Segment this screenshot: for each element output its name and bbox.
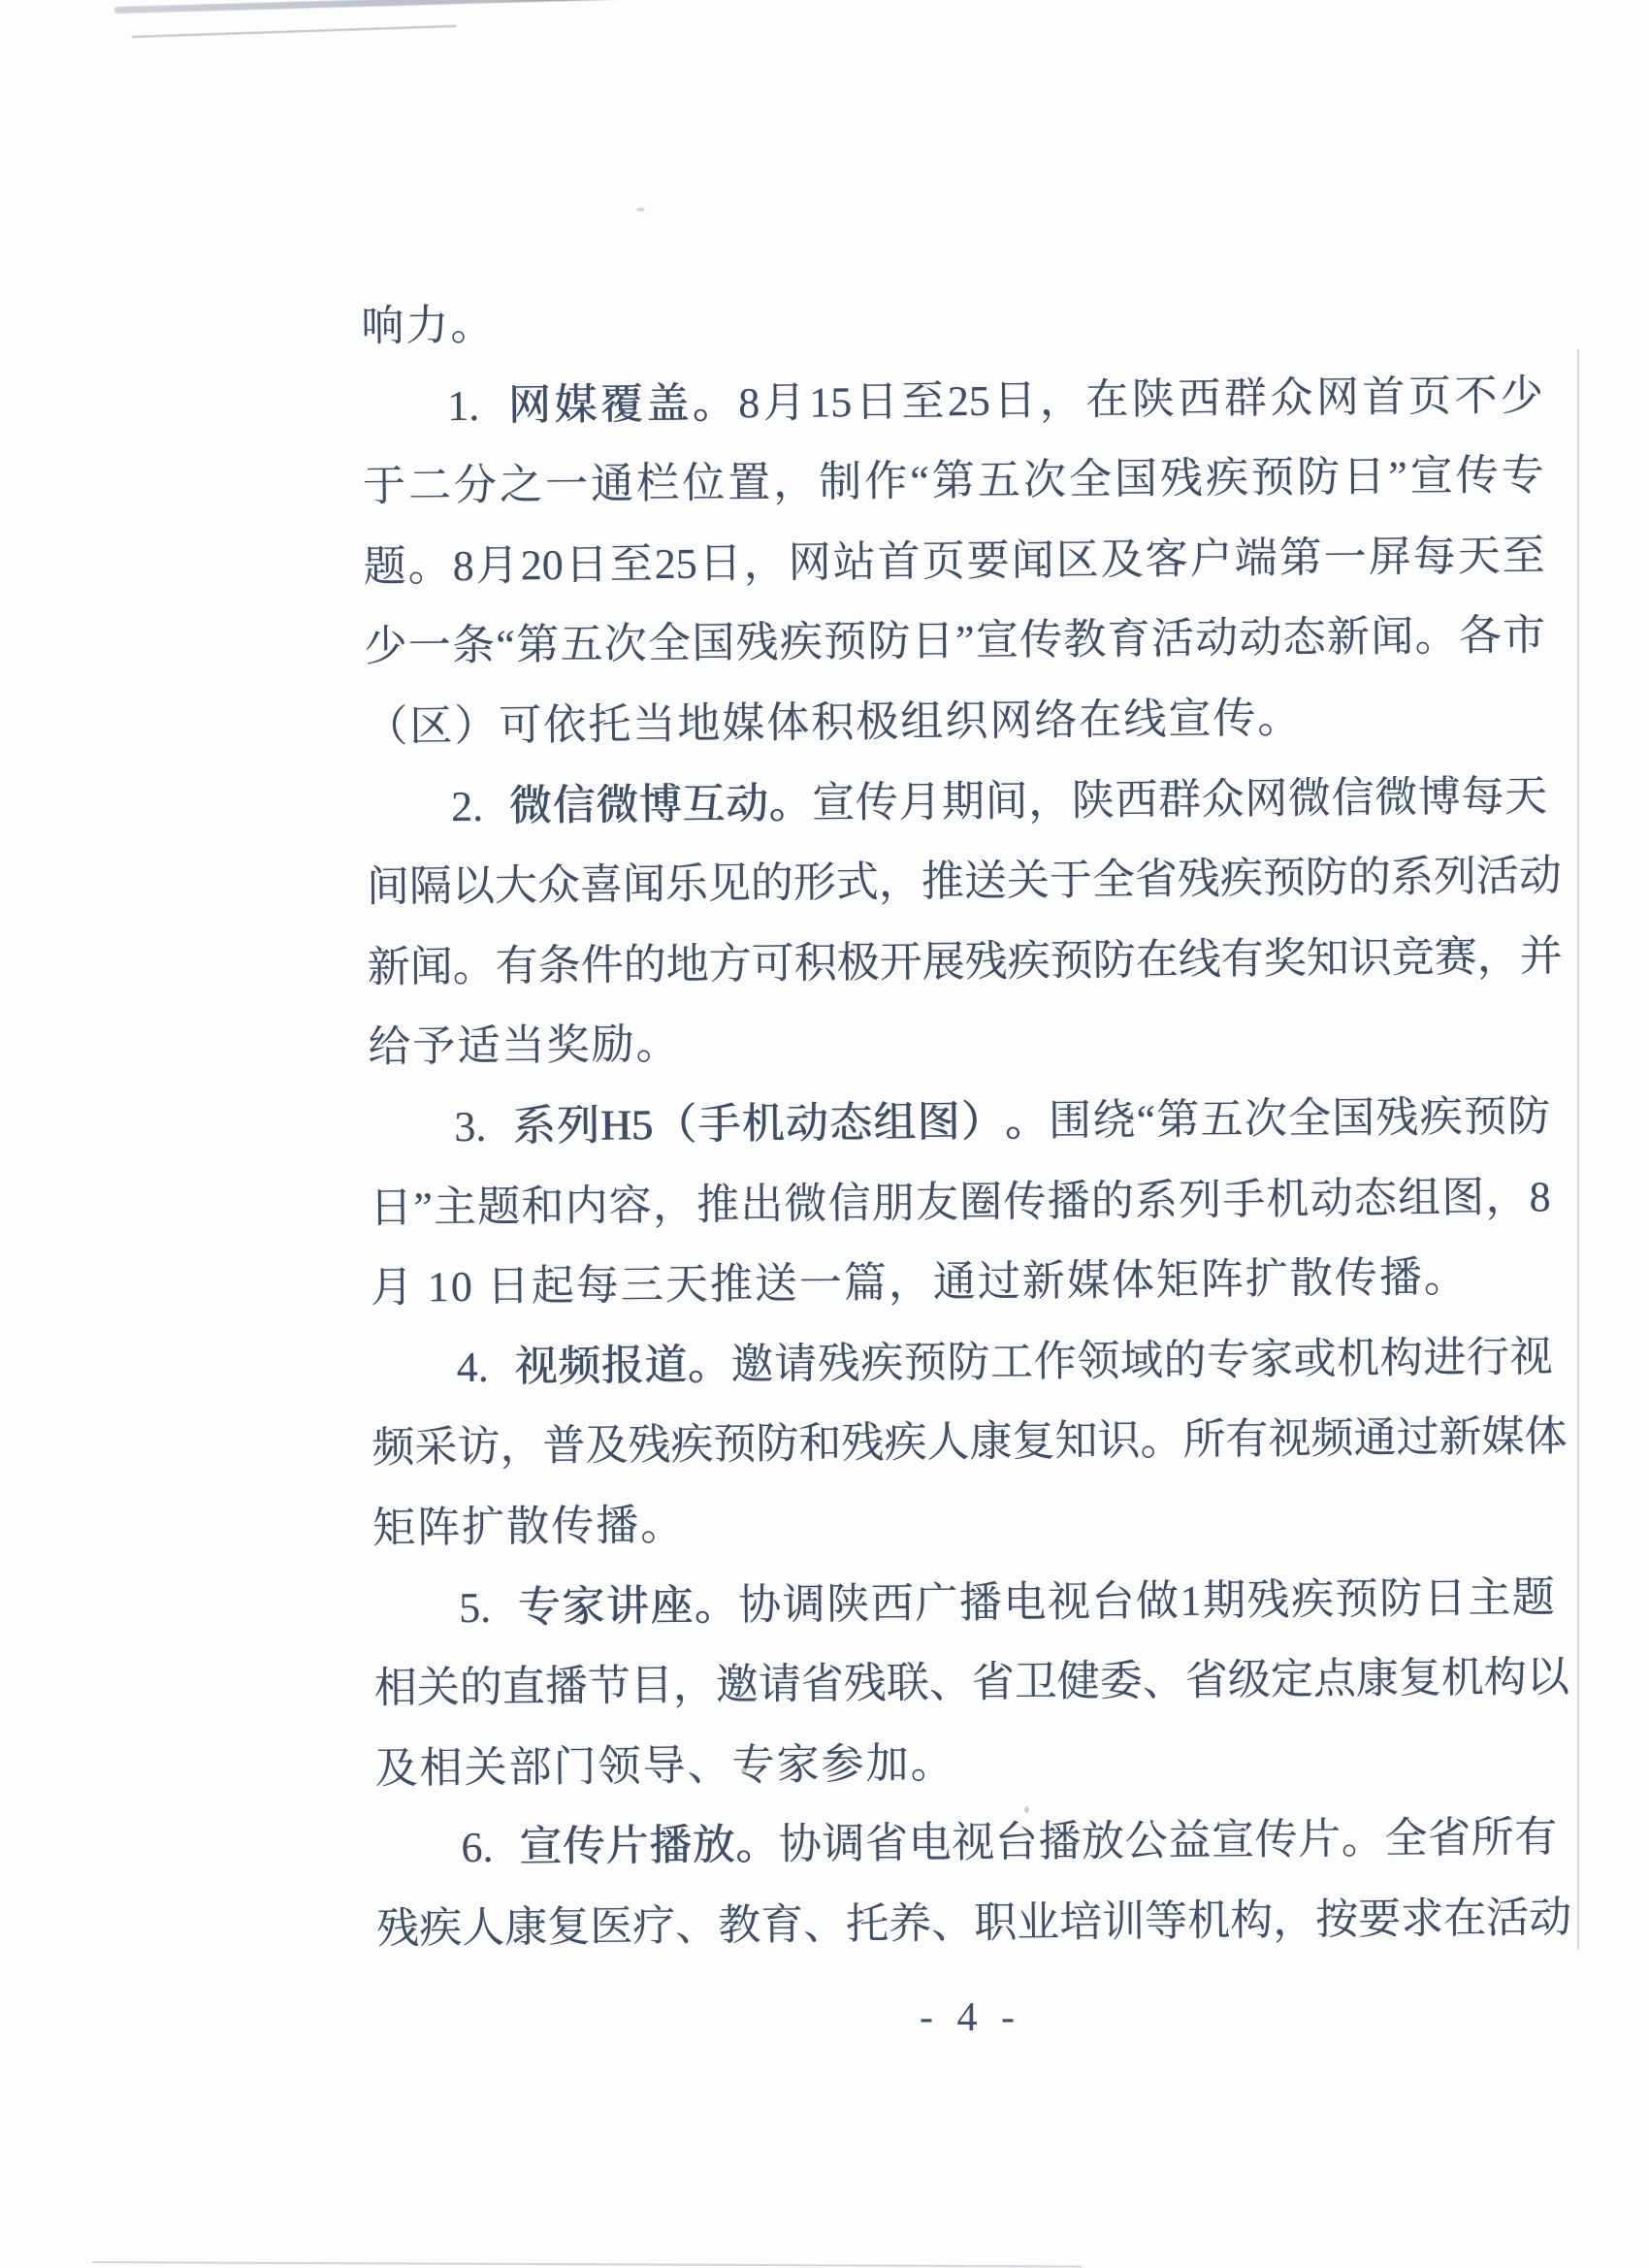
char-token: 传 bbox=[1019, 600, 1063, 681]
char-token: 频 bbox=[558, 1326, 601, 1407]
char-token: 请 bbox=[758, 1645, 801, 1726]
char-token: 微 bbox=[784, 1164, 827, 1245]
char-token: 点 bbox=[1312, 1639, 1356, 1720]
char-token: 媒 bbox=[1481, 1398, 1525, 1478]
char-token: 台 bbox=[995, 1803, 1039, 1884]
char-token: 竞 bbox=[1391, 918, 1435, 998]
char-token: 系 bbox=[1135, 1160, 1179, 1241]
char-token: 出 bbox=[740, 1164, 784, 1245]
char-token: 省 bbox=[971, 1643, 1015, 1724]
char-token: 预 bbox=[1263, 839, 1307, 920]
char-token: 3. bbox=[454, 1087, 487, 1168]
char-token: 省 bbox=[1135, 840, 1179, 921]
char-token: 一 bbox=[407, 607, 451, 688]
char-token: 少 bbox=[364, 607, 407, 688]
char-token: 手 bbox=[1222, 1160, 1266, 1241]
char-token: 疾 bbox=[1419, 1078, 1463, 1158]
char-token: 日 bbox=[1342, 437, 1386, 518]
char-token: ， bbox=[1485, 1157, 1529, 1238]
char-token: ， bbox=[1476, 917, 1520, 997]
char-token: 疗 bbox=[632, 1887, 676, 1967]
char-token: 网 bbox=[788, 523, 831, 603]
char-token: 态 bbox=[829, 1084, 873, 1164]
char-token: 机 bbox=[1266, 1159, 1309, 1240]
char-token: （ bbox=[654, 1085, 697, 1166]
text-line: 少一条“第五次全国残疾预防日”宣传教育活动动态新闻。各市 bbox=[364, 597, 1546, 688]
char-token: 知 bbox=[1306, 919, 1349, 999]
char-token: 陕 bbox=[1071, 761, 1115, 841]
char-token: 机 bbox=[1187, 1881, 1231, 1961]
char-token: 残 bbox=[841, 1404, 885, 1484]
char-token: 在 bbox=[1443, 1879, 1487, 1960]
char-token: 二 bbox=[408, 446, 452, 527]
char-token: 构 bbox=[1379, 1318, 1423, 1399]
char-token: 列 bbox=[1433, 837, 1476, 918]
char-token: 播 bbox=[544, 1647, 588, 1728]
char-token: 5. bbox=[459, 1568, 492, 1648]
char-token: 国 bbox=[1115, 439, 1158, 520]
char-token: 协 bbox=[778, 1805, 822, 1886]
char-token: 残 bbox=[964, 922, 1008, 1002]
char-token: 见 bbox=[708, 844, 752, 924]
char-token: 构 bbox=[1483, 1638, 1527, 1719]
char-token: 推 bbox=[696, 1165, 740, 1246]
char-token: 页 bbox=[921, 522, 965, 602]
char-token: ， bbox=[653, 1165, 696, 1246]
char-token: 省 bbox=[1428, 1798, 1471, 1879]
char-token: 区 bbox=[1055, 520, 1099, 600]
char-token: 活 bbox=[1475, 837, 1519, 918]
char-token: 视 bbox=[1509, 1317, 1553, 1398]
char-token: 预 bbox=[1251, 438, 1295, 519]
char-token: 动 bbox=[1529, 1878, 1572, 1959]
char-token: 知 bbox=[1054, 1402, 1098, 1482]
char-token: 普 bbox=[542, 1407, 586, 1487]
char-token: 预 bbox=[824, 602, 867, 683]
char-token: 防 bbox=[1092, 921, 1136, 1001]
char-token: 目 bbox=[630, 1646, 673, 1727]
char-token: 、 bbox=[803, 1885, 847, 1965]
char-token: 信 bbox=[1331, 759, 1374, 839]
char-token: 间 bbox=[367, 848, 410, 928]
char-token: 第 bbox=[1278, 518, 1322, 599]
char-token: 博 bbox=[1417, 758, 1461, 838]
scan-streak-artifact bbox=[114, 0, 960, 14]
char-token: 展 bbox=[921, 923, 965, 1003]
scan-speckle bbox=[636, 208, 645, 211]
char-token: 绕 bbox=[1092, 1081, 1136, 1161]
char-token: 托 bbox=[846, 1885, 889, 1965]
char-token: 有 bbox=[495, 926, 538, 1007]
char-token: 等 bbox=[1145, 1882, 1188, 1962]
text-line: 2.微信微博互动。宣传月期间，陕西群众网微信微博每天 bbox=[366, 757, 1548, 848]
char-token: 宣 bbox=[812, 763, 856, 844]
char-token: 的 bbox=[1090, 1161, 1134, 1242]
char-token: 活 bbox=[1486, 1878, 1530, 1959]
char-token: 题 bbox=[477, 1167, 521, 1247]
char-token: 宣 bbox=[1212, 1801, 1255, 1882]
char-token: 宣 bbox=[519, 1807, 563, 1888]
char-token: 。 bbox=[735, 1805, 779, 1886]
char-token: 关 bbox=[1007, 841, 1051, 922]
char-token: 全 bbox=[1069, 440, 1113, 521]
char-token: 通 bbox=[591, 445, 634, 526]
char-token: 新 bbox=[367, 927, 410, 1008]
char-token: 疾 bbox=[1220, 839, 1264, 920]
scan-edge-line-right bbox=[1577, 349, 1579, 1950]
char-token: 的 bbox=[623, 925, 666, 1006]
char-token: 日 bbox=[855, 362, 898, 442]
char-token: 首 bbox=[877, 522, 921, 602]
char-token: 视 bbox=[1268, 1400, 1311, 1480]
char-token: “ bbox=[910, 442, 929, 523]
char-token: 日 bbox=[370, 1168, 413, 1248]
char-token: 邀 bbox=[715, 1645, 759, 1726]
char-token: 和 bbox=[798, 1405, 842, 1485]
char-token: 开 bbox=[879, 923, 922, 1003]
char-token: 及 bbox=[585, 1407, 629, 1487]
char-token: “ bbox=[496, 606, 515, 687]
char-token: 机 bbox=[1440, 1638, 1484, 1719]
char-token: 主 bbox=[434, 1167, 477, 1247]
char-token: 的 bbox=[459, 1648, 502, 1729]
char-token: 西 bbox=[870, 1564, 914, 1644]
char-token: 。 bbox=[407, 527, 451, 607]
char-token: 新 bbox=[1439, 1398, 1482, 1478]
char-token: 不 bbox=[1454, 356, 1498, 437]
text-line: 5.专家讲座。协调陕西广播电视台做1期残疾预防日主题 bbox=[373, 1558, 1556, 1649]
char-token: 条 bbox=[452, 606, 496, 687]
char-token: 广 bbox=[915, 1564, 958, 1644]
text-line: 月 10 日起每三天推送一篇，通过新媒体矩阵扩散传播。 bbox=[371, 1237, 1553, 1328]
char-token: 微 bbox=[508, 766, 552, 847]
char-token: 有 bbox=[1225, 1400, 1269, 1480]
char-token: 列 bbox=[556, 1086, 599, 1167]
char-token: 放 bbox=[1082, 1802, 1125, 1883]
char-token: 讲 bbox=[605, 1567, 649, 1647]
text-line: 间隔以大众喜闻乐见的形式，推送关于全省残疾预防的系列活动 bbox=[367, 836, 1549, 927]
char-token: 识 bbox=[1348, 919, 1392, 999]
char-token: 第 bbox=[1156, 1081, 1200, 1161]
char-token: 月 bbox=[898, 762, 942, 843]
char-token: 站 bbox=[832, 523, 876, 603]
char-token: 题 bbox=[1511, 1558, 1555, 1638]
char-token: ） bbox=[960, 1083, 1004, 1163]
char-token: 五 bbox=[560, 605, 603, 686]
char-token: 行 bbox=[1467, 1317, 1510, 1398]
char-token: 位 bbox=[682, 444, 726, 525]
char-token: 在 bbox=[1085, 360, 1129, 440]
char-token: 组 bbox=[873, 1083, 917, 1163]
char-token: 预 bbox=[1335, 1559, 1378, 1639]
char-token: ” bbox=[955, 601, 975, 682]
char-token: 赛 bbox=[1434, 918, 1477, 998]
char-token: 。 bbox=[452, 926, 496, 1007]
char-token: 播 bbox=[959, 1563, 1003, 1643]
char-token: 陕 bbox=[1131, 360, 1175, 440]
char-token: 健 bbox=[1056, 1642, 1100, 1723]
char-token: 直 bbox=[501, 1647, 545, 1728]
char-token: 传 bbox=[1003, 1162, 1047, 1243]
char-token: 日 bbox=[993, 361, 1037, 441]
char-token: 图 bbox=[1441, 1157, 1485, 1238]
char-token: 预 bbox=[713, 1405, 757, 1485]
char-token: 每 bbox=[1461, 757, 1504, 837]
char-token: 20 bbox=[520, 526, 564, 606]
text-line: 频采访，普及残疾预防和残疾人康复知识。所有视频通过新媒体 bbox=[372, 1398, 1554, 1489]
char-token: 疾 bbox=[779, 603, 823, 684]
char-token: 防 bbox=[1379, 1559, 1423, 1639]
char-token: 育 bbox=[760, 1886, 804, 1966]
char-token: 医 bbox=[590, 1887, 633, 1967]
char-token: 一 bbox=[1323, 518, 1367, 599]
char-token: 乐 bbox=[665, 845, 709, 925]
char-token: 残 bbox=[843, 1644, 887, 1725]
char-token: 片 bbox=[1298, 1800, 1342, 1881]
char-token: 1. bbox=[447, 366, 480, 446]
char-token: 博 bbox=[638, 764, 682, 845]
char-token: 五 bbox=[1200, 1080, 1244, 1160]
char-token: 月 bbox=[475, 526, 519, 606]
char-token: 卫 bbox=[1014, 1642, 1057, 1723]
document-body: 响力。1.网媒覆盖。8月15日至25日，在陕西群众网首页不少于二分之一通栏位置，… bbox=[361, 275, 1559, 1969]
char-token: 工 bbox=[990, 1322, 1034, 1403]
char-token: 系 bbox=[512, 1086, 556, 1167]
char-token: 台 bbox=[1091, 1562, 1135, 1642]
char-token: 8 bbox=[452, 527, 474, 607]
char-token: 并 bbox=[1519, 917, 1563, 997]
char-token: 预 bbox=[904, 1323, 948, 1404]
char-token: 协 bbox=[738, 1565, 782, 1645]
text-line: 新闻。有条件的地方可积极开展残疾预防在线有奖知识竞赛，并 bbox=[367, 917, 1549, 1008]
char-token: 线 bbox=[1178, 920, 1221, 1000]
char-token: 所 bbox=[1182, 1401, 1226, 1481]
char-token: 微 bbox=[1288, 759, 1332, 839]
char-token: 。 bbox=[1140, 1401, 1183, 1481]
char-token: 期 bbox=[942, 761, 986, 842]
char-token: 传 bbox=[1455, 437, 1499, 517]
char-token: 列 bbox=[1179, 1160, 1222, 1241]
text-line: 给予适当奖励。 bbox=[368, 997, 1550, 1088]
char-token: 关 bbox=[416, 1648, 460, 1729]
char-token: 专 bbox=[1207, 1320, 1250, 1401]
text-line: 4.视频报道。邀请残疾预防工作领域的专家或机构进行视 bbox=[371, 1317, 1553, 1409]
text-line: 响力。 bbox=[361, 275, 1543, 367]
char-token: 宣 bbox=[975, 601, 1018, 682]
char-token: 邀 bbox=[730, 1325, 774, 1406]
char-token: 次 bbox=[1244, 1080, 1287, 1160]
char-token: 调 bbox=[782, 1565, 825, 1645]
char-token: ， bbox=[743, 524, 787, 604]
char-token: 及 bbox=[1100, 520, 1144, 600]
char-token: 25 bbox=[654, 524, 697, 604]
char-token: 通 bbox=[1353, 1399, 1397, 1479]
char-token: 电 bbox=[1003, 1563, 1047, 1643]
char-token: 于 bbox=[363, 447, 406, 528]
char-token: 领 bbox=[1077, 1321, 1120, 1402]
char-token: 体 bbox=[1524, 1397, 1568, 1477]
char-token: 天 bbox=[1504, 757, 1548, 837]
char-token: 传 bbox=[855, 762, 898, 843]
char-token: 传 bbox=[1254, 1800, 1298, 1881]
char-token: 请 bbox=[774, 1324, 818, 1405]
char-token: 容 bbox=[608, 1166, 652, 1247]
char-token: 形 bbox=[793, 843, 837, 923]
char-token: 天 bbox=[1457, 517, 1501, 598]
char-token: 疾 bbox=[419, 1889, 463, 1969]
char-token: 15 bbox=[809, 363, 853, 443]
char-token: 片 bbox=[605, 1807, 649, 1888]
char-token: 、 bbox=[1142, 1641, 1185, 1722]
char-token: 有 bbox=[1220, 920, 1264, 1000]
char-token: 益 bbox=[1168, 1801, 1212, 1882]
char-token: 屏 bbox=[1368, 517, 1411, 598]
char-token: 或 bbox=[1293, 1319, 1337, 1400]
char-token: 国 bbox=[692, 604, 735, 685]
char-token: 客 bbox=[1145, 520, 1188, 600]
char-token: 专 bbox=[1501, 436, 1544, 516]
char-token: 机 bbox=[1337, 1319, 1380, 1400]
char-token: 作 bbox=[864, 442, 908, 523]
char-token: 残 bbox=[628, 1406, 671, 1486]
char-token: 置 bbox=[727, 443, 771, 524]
char-token: 座 bbox=[650, 1566, 694, 1646]
char-token: 复 bbox=[1398, 1638, 1441, 1719]
char-token: 4. bbox=[456, 1328, 489, 1409]
char-token: 教 bbox=[718, 1886, 761, 1966]
char-token: 动 bbox=[725, 764, 768, 845]
char-token: 采 bbox=[414, 1408, 458, 1488]
char-token: 委 bbox=[1099, 1641, 1143, 1722]
char-token: 主 bbox=[1468, 1558, 1511, 1638]
char-token: 省 bbox=[1184, 1641, 1228, 1722]
char-token: 图 bbox=[917, 1083, 960, 1163]
char-token: 大 bbox=[495, 846, 538, 926]
char-token: 国 bbox=[1332, 1079, 1375, 1159]
char-token: 专 bbox=[517, 1568, 561, 1648]
char-token: 活 bbox=[1151, 599, 1195, 680]
char-token: 期 bbox=[1203, 1561, 1246, 1641]
char-token: ， bbox=[1273, 1881, 1316, 1961]
char-token: 日 bbox=[565, 525, 608, 605]
char-token: 要 bbox=[966, 521, 1010, 601]
char-token: 推 bbox=[921, 842, 965, 923]
char-token: 喜 bbox=[580, 846, 624, 926]
char-token: 件 bbox=[580, 925, 624, 1006]
char-token: 防 bbox=[947, 1323, 990, 1404]
text-line: （区）可依托当地媒体积极组织网络在线宣传。 bbox=[365, 676, 1547, 767]
char-token: 端 bbox=[1234, 519, 1277, 599]
char-token: 日 bbox=[698, 524, 742, 604]
char-token: 日 bbox=[1423, 1559, 1467, 1639]
char-token: 每 bbox=[1412, 517, 1456, 598]
text-line: 残疾人康复医疗、教育、托养、职业培训等机构，按要求在活动 bbox=[376, 1878, 1559, 1969]
char-token: 网 bbox=[1316, 358, 1360, 438]
char-token: 的 bbox=[1163, 1320, 1207, 1401]
char-token: 定 bbox=[1270, 1640, 1313, 1721]
char-token: 隔 bbox=[409, 847, 453, 927]
char-token: 和 bbox=[521, 1167, 565, 1247]
char-token: 至 bbox=[609, 525, 653, 605]
char-token: 防 bbox=[1297, 438, 1341, 519]
char-token: 播 bbox=[1038, 1802, 1082, 1883]
char-token: 众 bbox=[537, 846, 581, 926]
char-token: 闻 bbox=[1011, 521, 1054, 601]
char-token: 新 bbox=[1327, 598, 1371, 678]
char-token: 播 bbox=[649, 1806, 693, 1887]
char-token: 动 bbox=[1309, 1159, 1353, 1240]
char-token: 疾 bbox=[670, 1406, 714, 1486]
char-token: 群 bbox=[1158, 760, 1202, 840]
char-token: 至 bbox=[901, 362, 945, 442]
char-token: 在 bbox=[1135, 921, 1179, 1001]
char-token: 业 bbox=[1017, 1883, 1060, 1963]
char-token: 微 bbox=[1374, 758, 1418, 838]
char-token: ， bbox=[1039, 360, 1083, 440]
char-token: 、 bbox=[931, 1884, 975, 1964]
char-token: 之 bbox=[500, 445, 543, 526]
char-token: 全 bbox=[1384, 1799, 1428, 1880]
char-token: 残 bbox=[1375, 1079, 1419, 1159]
char-token: 奖 bbox=[1263, 919, 1307, 999]
char-token: 疾 bbox=[884, 1404, 927, 1484]
char-token: 防 bbox=[1507, 1077, 1551, 1157]
char-token: 残 bbox=[1178, 840, 1221, 921]
char-token: 市 bbox=[1503, 597, 1546, 677]
char-token: 组 bbox=[1398, 1158, 1441, 1239]
char-token: 闻 bbox=[623, 845, 666, 925]
char-token: 作 bbox=[1033, 1322, 1077, 1403]
char-token: 按 bbox=[1315, 1880, 1359, 1960]
char-token: 条 bbox=[537, 926, 581, 1007]
text-line: 1.网媒覆盖。8月15日至25日，在陕西群众网首页不少 bbox=[362, 356, 1544, 447]
char-token: 人 bbox=[462, 1889, 505, 1969]
char-token: 传 bbox=[562, 1807, 605, 1888]
char-token: 。 bbox=[692, 364, 735, 444]
char-token: 省 bbox=[865, 1804, 909, 1885]
char-token: 残 bbox=[735, 603, 779, 684]
char-token: 要 bbox=[1358, 1880, 1402, 1960]
char-token: 朋 bbox=[871, 1163, 915, 1244]
char-token: 人 bbox=[926, 1403, 970, 1483]
char-token: 、 bbox=[928, 1643, 972, 1724]
char-token: 手 bbox=[697, 1085, 741, 1165]
char-token: ， bbox=[879, 843, 922, 923]
char-token: 宣 bbox=[1409, 437, 1453, 517]
text-line: 题。8月20日至25日，网站首页要闻区及客户端第一屏每天至 bbox=[363, 516, 1545, 607]
char-token: 网 bbox=[1245, 759, 1288, 839]
char-token: 康 bbox=[504, 1888, 548, 1968]
text-line: 3.系列H5（手机动态组图）。围绕“第五次全国残疾预防 bbox=[369, 1077, 1551, 1168]
char-token: 职 bbox=[974, 1883, 1018, 1963]
char-token: 做 bbox=[1136, 1561, 1180, 1641]
char-token: 8 bbox=[738, 364, 760, 444]
char-token: ， bbox=[500, 1408, 543, 1488]
char-token: 构 bbox=[1230, 1881, 1274, 1961]
char-token: 调 bbox=[822, 1804, 865, 1885]
char-token: 报 bbox=[600, 1326, 644, 1407]
scan-edge-line-bottom bbox=[92, 2261, 1082, 2267]
char-token: 防 bbox=[1306, 838, 1349, 919]
char-token: 动 bbox=[1195, 599, 1239, 680]
char-token: 电 bbox=[908, 1804, 952, 1885]
char-token: 访 bbox=[457, 1408, 501, 1488]
char-token: 养 bbox=[889, 1884, 932, 1964]
char-token: 培 bbox=[1059, 1883, 1103, 1963]
char-token: 媒 bbox=[554, 365, 598, 445]
char-token: 家 bbox=[1250, 1320, 1294, 1401]
char-token: 求 bbox=[1401, 1879, 1444, 1960]
